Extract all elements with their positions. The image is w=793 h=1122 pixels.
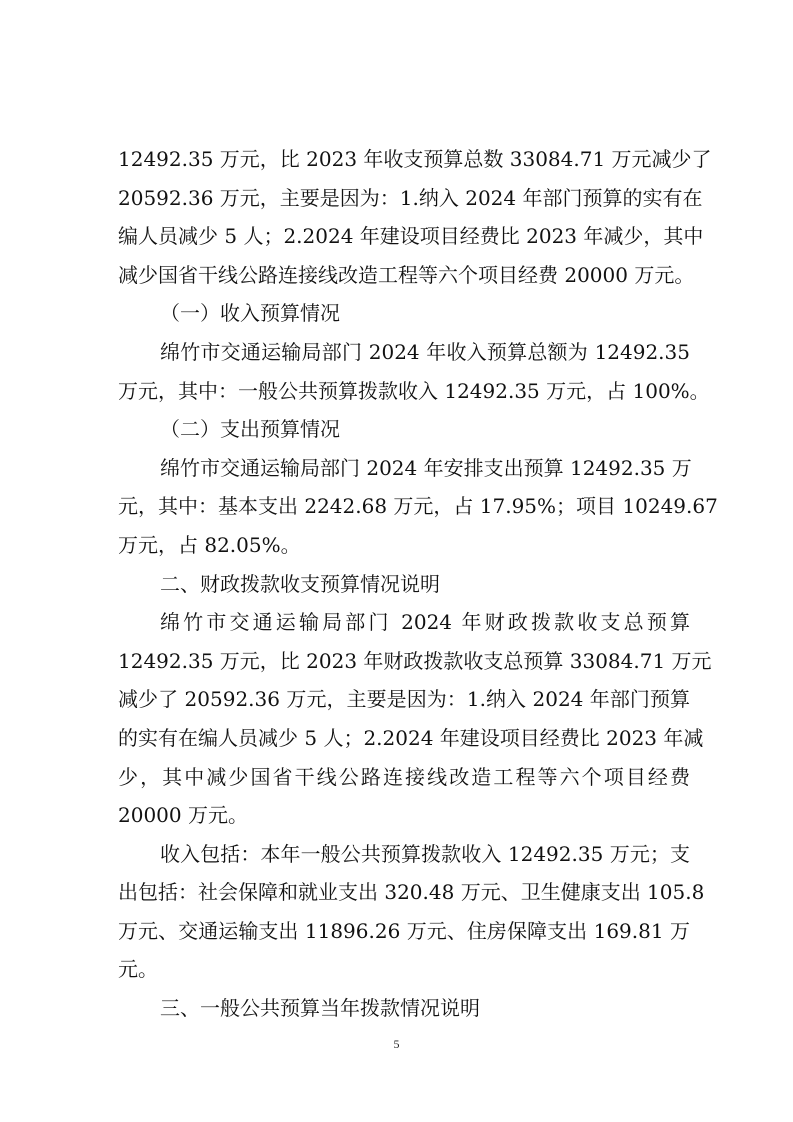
text-line: 12492.35 万元，比 2023 年收支预算总数 33084.71 万元减少… [118, 140, 690, 179]
subheading-expenditure-budget: （二）支出预算情况 [118, 410, 690, 449]
text-line: 绵竹市交通运输局部门 2024 年财政拨款收支总预算 [118, 603, 690, 642]
text-line: 12492.35 万元，比 2023 年财政拨款收支总预算 33084.71 万… [118, 642, 690, 681]
text-line: 的实有在编人员减少 5 人；2.2024 年建设项目经费比 2023 年减 [118, 719, 690, 758]
text-line: 万元，其中：一般公共预算拨款收入 12492.35 万元，占 100%。 [118, 372, 690, 411]
text-line: 少，其中减少国省干线公路连接线改造工程等六个项目经费 [118, 758, 690, 797]
paragraph-budget-summary: 12492.35 万元，比 2023 年收支预算总数 33084.71 万元减少… [118, 140, 690, 294]
page-number: 5 [0, 1037, 793, 1052]
text-line: 万元，占 82.05%。 [118, 526, 690, 565]
document-page: 12492.35 万元，比 2023 年收支预算总数 33084.71 万元减少… [118, 140, 690, 1028]
text-line: 20000 万元。 [118, 796, 690, 835]
text-line: 减少国省干线公路连接线改造工程等六个项目经费 20000 万元。 [118, 256, 690, 295]
text-line: 万元、交通运输支出 11896.26 万元、住房保障支出 169.81 万 [118, 912, 690, 951]
text-line: 元，其中：基本支出 2242.68 万元，占 17.95%；项目 10249.6… [118, 487, 690, 526]
heading-fiscal-appropriation: 二、财政拨款收支预算情况说明 [118, 565, 690, 604]
text-line: 出包括：社会保障和就业支出 320.48 万元、卫生健康支出 105.8 [118, 873, 690, 912]
text-line: 收入包括：本年一般公共预算拨款收入 12492.35 万元；支 [118, 835, 690, 874]
text-line: 绵竹市交通运输局部门 2024 年收入预算总额为 12492.35 [118, 333, 690, 372]
text-line: 减少了 20592.36 万元，主要是因为：1.纳入 2024 年部门预算 [118, 680, 690, 719]
text-line: 元。 [118, 950, 690, 989]
heading-general-public-budget: 三、一般公共预算当年拨款情况说明 [118, 989, 690, 1028]
text-line: 20592.36 万元，主要是因为：1.纳入 2024 年部门预算的实有在 [118, 179, 690, 218]
paragraph-income-expenditure-detail: 收入包括：本年一般公共预算拨款收入 12492.35 万元；支 出包括：社会保障… [118, 835, 690, 989]
paragraph-income-budget: 绵竹市交通运输局部门 2024 年收入预算总额为 12492.35 万元，其中：… [118, 333, 690, 410]
text-line: 绵竹市交通运输局部门 2024 年安排支出预算 12492.35 万 [118, 449, 690, 488]
text-line: 编人员减少 5 人；2.2024 年建设项目经费比 2023 年减少，其中 [118, 217, 690, 256]
paragraph-fiscal-appropriation: 绵竹市交通运输局部门 2024 年财政拨款收支总预算 12492.35 万元，比… [118, 603, 690, 835]
subheading-income-budget: （一）收入预算情况 [118, 294, 690, 333]
paragraph-expenditure-budget: 绵竹市交通运输局部门 2024 年安排支出预算 12492.35 万 元，其中：… [118, 449, 690, 565]
